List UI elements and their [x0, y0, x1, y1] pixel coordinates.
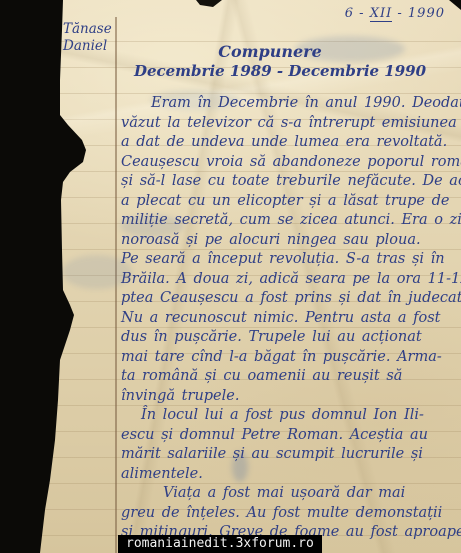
torn-paper-edge	[0, 0, 461, 553]
scanned-document: 6 - XII - 1990 Tănase Daniel Compunere D…	[0, 0, 461, 553]
watermark-credit: romaniainedit.3xforum.ro	[118, 535, 322, 553]
